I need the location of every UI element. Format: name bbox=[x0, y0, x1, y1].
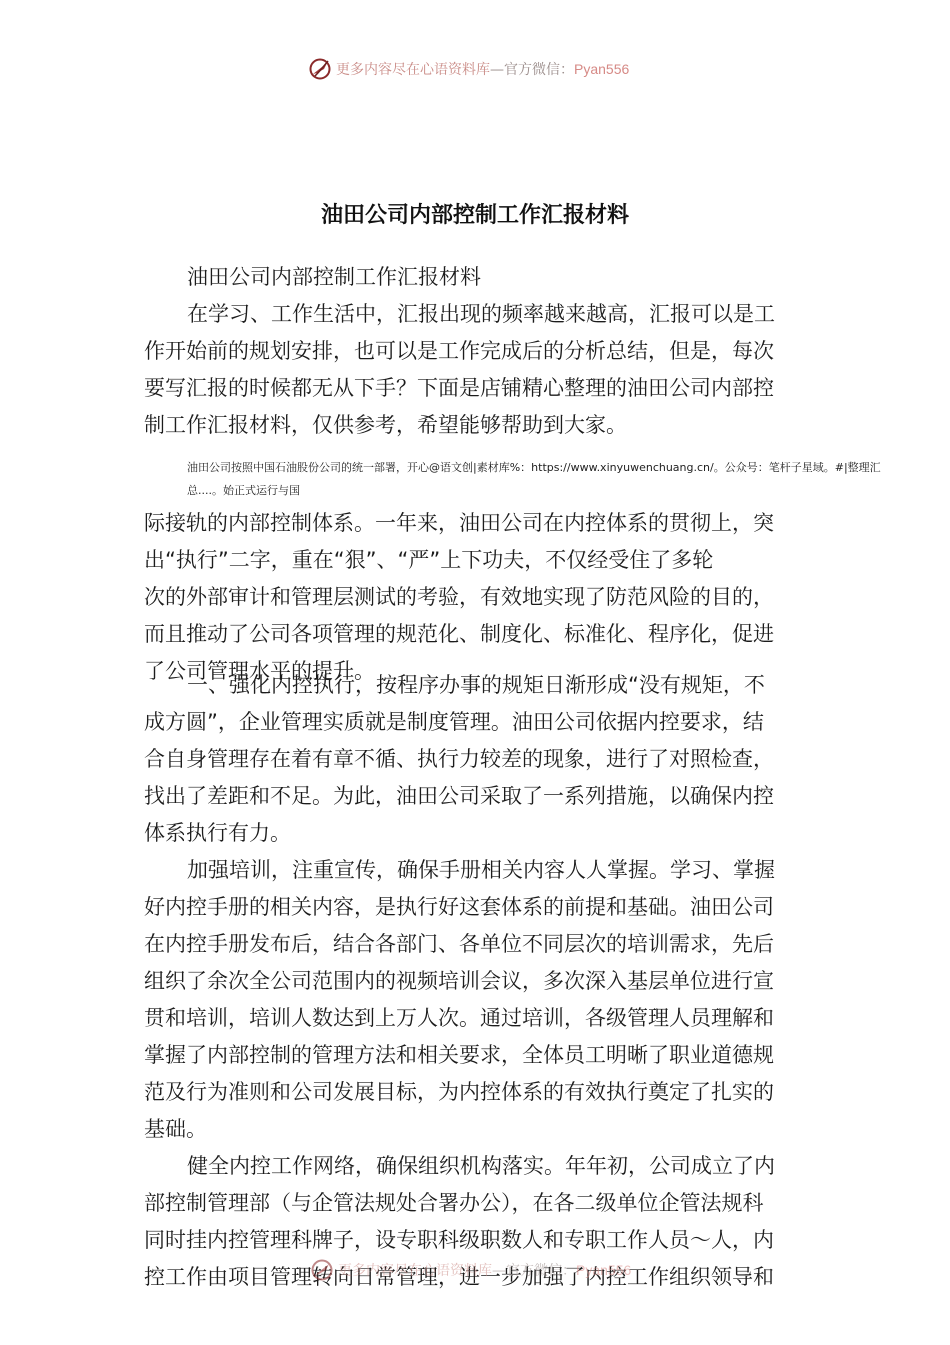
note-line: 总....。始正式运行与国 bbox=[187, 479, 897, 502]
text-line: 在学习、工作生活中，汇报出现的频率越来越高，汇报可以是工 bbox=[144, 296, 796, 333]
text-line: 成方圆”，企业管理实质就是制度管理。油田公司依据内控要求，结 bbox=[144, 704, 796, 741]
watermark-contact-label: 官方微信： bbox=[506, 1263, 576, 1279]
text-line: 部控制管理部（与企管法规处合署办公），在各二级单位企管法规科 bbox=[144, 1185, 796, 1222]
watermark-text: 更多内容尽在心语资料库—官方微信：Pyan556 bbox=[336, 59, 629, 79]
text-line: 制工作汇报材料，仅供参考，希望能够帮助到大家。 bbox=[144, 407, 796, 444]
watermark-main: 更多内容尽在心语资料库 bbox=[338, 1263, 492, 1279]
text-line: 健全内控工作网络，确保组织机构落实。年年初，公司成立了内 bbox=[144, 1148, 796, 1185]
paragraph-1: 际接轨的内部控制体系。一年来，油田公司在内控体系的贯彻上，突 出“执行”二字，重… bbox=[144, 505, 796, 690]
note-line: 油田公司按照中国石油股份公司的统一部署，开心@语文创|素材库%：https://… bbox=[187, 456, 897, 479]
text-line: 找出了差距和不足。为此，油田公司采取了一系列措施，以确保内控 bbox=[144, 778, 796, 815]
watermark-contact-id: Pyan556 bbox=[574, 61, 629, 77]
text-line: 际接轨的内部控制体系。一年来，油田公司在内控体系的贯彻上，突 bbox=[144, 505, 796, 542]
watermark-main: 更多内容尽在心语资料库 bbox=[336, 62, 490, 78]
text-line: 好内控手册的相关内容，是执行好这套体系的前提和基础。油田公司 bbox=[144, 889, 796, 926]
intro-section: 油田公司内部控制工作汇报材料 在学习、工作生活中，汇报出现的频率越来越高，汇报可… bbox=[144, 259, 796, 444]
inserted-note: 油田公司按照中国石油股份公司的统一部署，开心@语文创|素材库%：https://… bbox=[187, 456, 897, 502]
intro-paragraph: 在学习、工作生活中，汇报出现的频率越来越高，汇报可以是工 作开始前的规划安排，也… bbox=[144, 296, 796, 444]
text-line: 基础。 bbox=[144, 1111, 796, 1148]
text-line: 合自身管理存在着有章不循、执行力较差的现象，进行了对照检查， bbox=[144, 741, 796, 778]
text-line: 一、强化内控执行，按程序办事的规矩日渐形成“没有规矩，不 bbox=[144, 667, 796, 704]
header-watermark: 更多内容尽在心语资料库—官方微信：Pyan556 bbox=[308, 55, 629, 83]
watermark-text: 更多内容尽在心语资料库—官方微信：Pyan556 bbox=[338, 1260, 631, 1280]
text-line: 贯和培训，培训人数达到上万人次。通过培训，各级管理人员理解和 bbox=[144, 1000, 796, 1037]
text-line: 组织了余次全公司范围内的视频培训会议，多次深入基层单位进行宣 bbox=[144, 963, 796, 1000]
watermark-contact-id: Pyan556 bbox=[576, 1262, 631, 1278]
watermark-separator: — bbox=[490, 62, 504, 78]
quill-logo-icon bbox=[310, 1258, 334, 1282]
document-title: 油田公司内部控制工作汇报材料 bbox=[0, 198, 950, 229]
text-line: 而且推动了公司各项管理的规范化、制度化、标准化、程序化，促进 bbox=[144, 616, 796, 653]
watermark-contact-label: 官方微信： bbox=[504, 62, 574, 78]
text-line: 次的外部审计和管理层测试的考验，有效地实现了防范风险的目的， bbox=[144, 579, 796, 616]
text-line: 作开始前的规划安排，也可以是工作完成后的分析总结，但是，每次 bbox=[144, 333, 796, 370]
document-subtitle: 油田公司内部控制工作汇报材料 bbox=[144, 259, 796, 296]
text-line: 体系执行有力。 bbox=[144, 815, 796, 852]
text-line: 范及行为准则和公司发展目标，为内控体系的有效执行奠定了扎实的 bbox=[144, 1074, 796, 1111]
quill-logo-icon bbox=[308, 57, 332, 81]
paragraph-2: 一、强化内控执行，按程序办事的规矩日渐形成“没有规矩，不 成方圆”，企业管理实质… bbox=[144, 667, 796, 852]
paragraph-3: 加强培训，注重宣传，确保手册相关内容人人掌握。学习、掌握 好内控手册的相关内容，… bbox=[144, 852, 796, 1148]
text-line: 要写汇报的时候都无从下手？下面是店铺精心整理的油田公司内部控 bbox=[144, 370, 796, 407]
text-line: 同时挂内控管理科牌子，设专职科级职数人和专职工作人员～人，内 bbox=[144, 1222, 796, 1259]
watermark-separator: — bbox=[492, 1263, 506, 1279]
text-line: 掌握了内部控制的管理方法和相关要求，全体员工明晰了职业道德规 bbox=[144, 1037, 796, 1074]
footer-watermark: 更多内容尽在心语资料库—官方微信：Pyan556 bbox=[310, 1258, 631, 1282]
text-line: 在内控手册发布后，结合各部门、各单位不同层次的培训需求，先后 bbox=[144, 926, 796, 963]
text-line: 出“执行”二字，重在“狠”、“严”上下功夫，不仅经受住了多轮 bbox=[144, 542, 796, 579]
text-line: 加强培训，注重宣传，确保手册相关内容人人掌握。学习、掌握 bbox=[144, 852, 796, 889]
